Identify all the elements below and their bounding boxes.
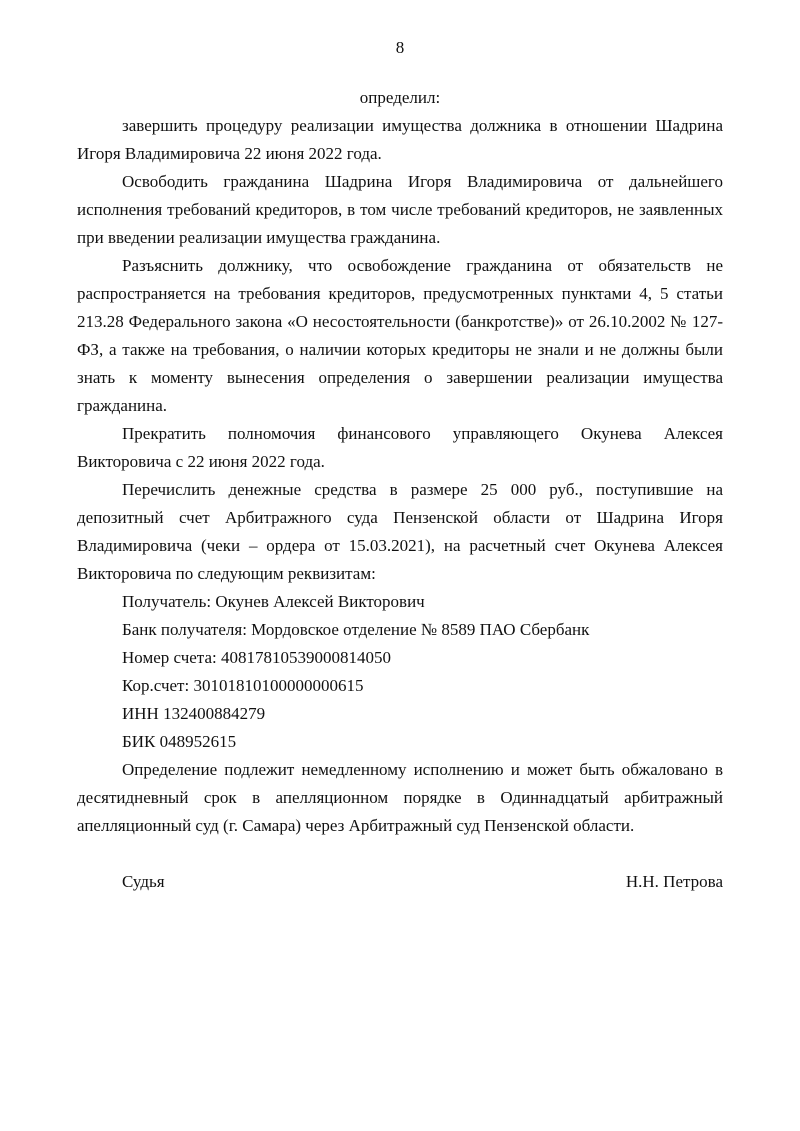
requisite-bank: Банк получателя: Мордовское отделение № … xyxy=(122,616,723,644)
paragraph-release-debtor: Освободить гражданина Шадрина Игоря Влад… xyxy=(77,168,723,252)
paragraph-complete-procedure: завершить процедуру реализации имущества… xyxy=(77,112,723,168)
page-number: 8 xyxy=(77,34,723,62)
paragraph-clarify-exceptions: Разъяснить должнику, что освобождение гр… xyxy=(77,252,723,420)
ruling-heading: определил: xyxy=(77,84,723,112)
paragraph-appeal-order: Определение подлежит немедленному исполн… xyxy=(77,756,723,840)
paragraph-terminate-manager: Прекратить полномочия финансового управл… xyxy=(77,420,723,476)
requisite-inn: ИНН 132400884279 xyxy=(122,700,723,728)
bank-requisites-block: Получатель: Окунев Алексей Викторович Ба… xyxy=(77,588,723,756)
paragraph-transfer-funds: Перечислить денежные средства в размере … xyxy=(77,476,723,588)
signature-row: Судья Н.Н. Петрова xyxy=(77,868,723,896)
requisite-bik: БИК 048952615 xyxy=(122,728,723,756)
requisite-account-number: Номер счета: 40817810539000814050 xyxy=(122,644,723,672)
signature-label: Судья xyxy=(122,868,165,896)
requisite-corr-account: Кор.счет: 30101810100000000615 xyxy=(122,672,723,700)
requisite-recipient: Получатель: Окунев Алексей Викторович xyxy=(122,588,723,616)
signature-name: Н.Н. Петрова xyxy=(626,868,723,896)
court-ruling-page: 8 определил: завершить процедуру реализа… xyxy=(0,0,800,1131)
